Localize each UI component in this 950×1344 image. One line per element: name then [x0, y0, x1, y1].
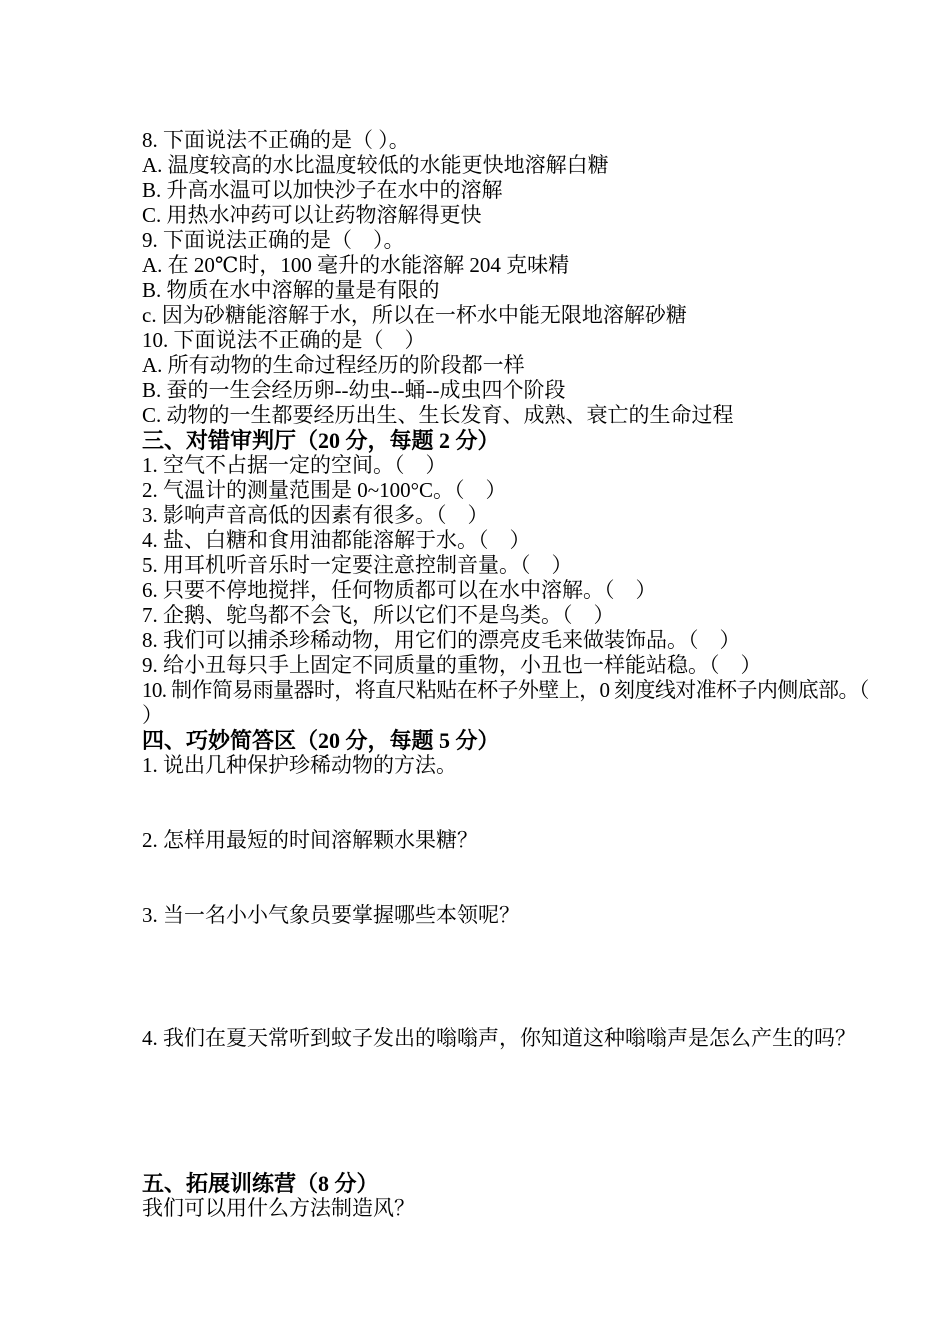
choice-q9-option-b: B. 物质在水中溶解的量是有限的 [142, 278, 932, 303]
choice-q8-option-a: A. 温度较高的水比温度较低的水能更快地溶解白糖 [142, 153, 932, 178]
choice-q10-option-b: B. 蚕的一生会经历卵--幼虫--蛹--成虫四个阶段 [142, 378, 932, 403]
choice-q9-stem: 9. 下面说法正确的是（ ）。 [142, 228, 932, 253]
judge-item-4: 4. 盐、白糖和食用油都能溶解于水。（ ） [142, 528, 932, 553]
judge-section-heading: 三、对错审判厅（20 分，每题 2 分） [142, 428, 932, 453]
judge-item-1: 1. 空气不占据一定的空间。（ ） [142, 453, 932, 478]
short-answer-item-2: 2. 怎样用最短的时间溶解颗水果糖？ [142, 828, 932, 853]
judge-item-3: 3. 影响声音高低的因素有很多。（ ） [142, 503, 932, 528]
choice-q10-option-a: A. 所有动物的生命过程经历的阶段都一样 [142, 353, 932, 378]
extension-question: 我们可以用什么方法制造风？ [142, 1196, 932, 1221]
judge-item-8: 8. 我们可以捕杀珍稀动物，用它们的漂亮皮毛来做装饰品。（ ） [142, 628, 932, 653]
short-answer-item-1: 1. 说出几种保护珍稀动物的方法。 [142, 753, 932, 778]
short-answer-item-4: 4. 我们在夏天常听到蚊子发出的嗡嗡声，你知道这种嗡嗡声是怎么产生的吗？ [142, 1026, 932, 1051]
choice-q8-option-b: B. 升高水温可以加快沙子在水中的溶解 [142, 178, 932, 203]
judge-item-10: 10. 制作简易雨量器时，将直尺粘贴在杯子外壁上，0 刻度线对准杯子内侧底部。（ [142, 678, 932, 703]
judge-item-2: 2. 气温计的测量范围是 0~100°C。（ ） [142, 478, 932, 503]
judge-item-6: 6. 只要不停地搅拌，任何物质都可以在水中溶解。（ ） [142, 578, 932, 603]
short-answer-item-3: 3. 当一名小小气象员要掌握哪些本领呢？ [142, 903, 932, 928]
choice-q8-stem: 8. 下面说法不正确的是（ ）。 [142, 128, 932, 153]
judge-item-5: 5. 用耳机听音乐时一定要注意控制音量。（ ） [142, 553, 932, 578]
choice-q10-stem: 10. 下面说法不正确的是（ ） [142, 328, 932, 353]
judge-item-7: 7. 企鹅、鸵鸟都不会飞，所以它们不是鸟类。（ ） [142, 603, 932, 628]
short-answer-section-heading: 四、巧妙简答区（20 分，每题 5 分） [142, 728, 932, 753]
judge-item-10-overflow-bracket: ） [142, 703, 932, 728]
judge-item-9: 9. 给小丑每只手上固定不同质量的重物，小丑也一样能站稳。（ ） [142, 653, 932, 678]
extension-section-heading: 五、拓展训练营（8 分） [142, 1171, 932, 1196]
choice-q8-option-c: C. 用热水冲药可以让药物溶解得更快 [142, 203, 932, 228]
choice-q9-option-a: A. 在 20℃时，100 毫升的水能溶解 204 克味精 [142, 253, 932, 278]
choice-q10-option-c: C. 动物的一生都要经历出生、生长发育、成熟、衰亡的生命过程 [142, 403, 932, 428]
document-body: 8. 下面说法不正确的是（ ）。 A. 温度较高的水比温度较低的水能更快地溶解白… [142, 128, 932, 1221]
choice-q9-option-c: c. 因为砂糖能溶解于水，所以在一杯水中能无限地溶解砂糖 [142, 303, 932, 328]
exam-page: 8. 下面说法不正确的是（ ）。 A. 温度较高的水比温度较低的水能更快地溶解白… [0, 0, 950, 1344]
